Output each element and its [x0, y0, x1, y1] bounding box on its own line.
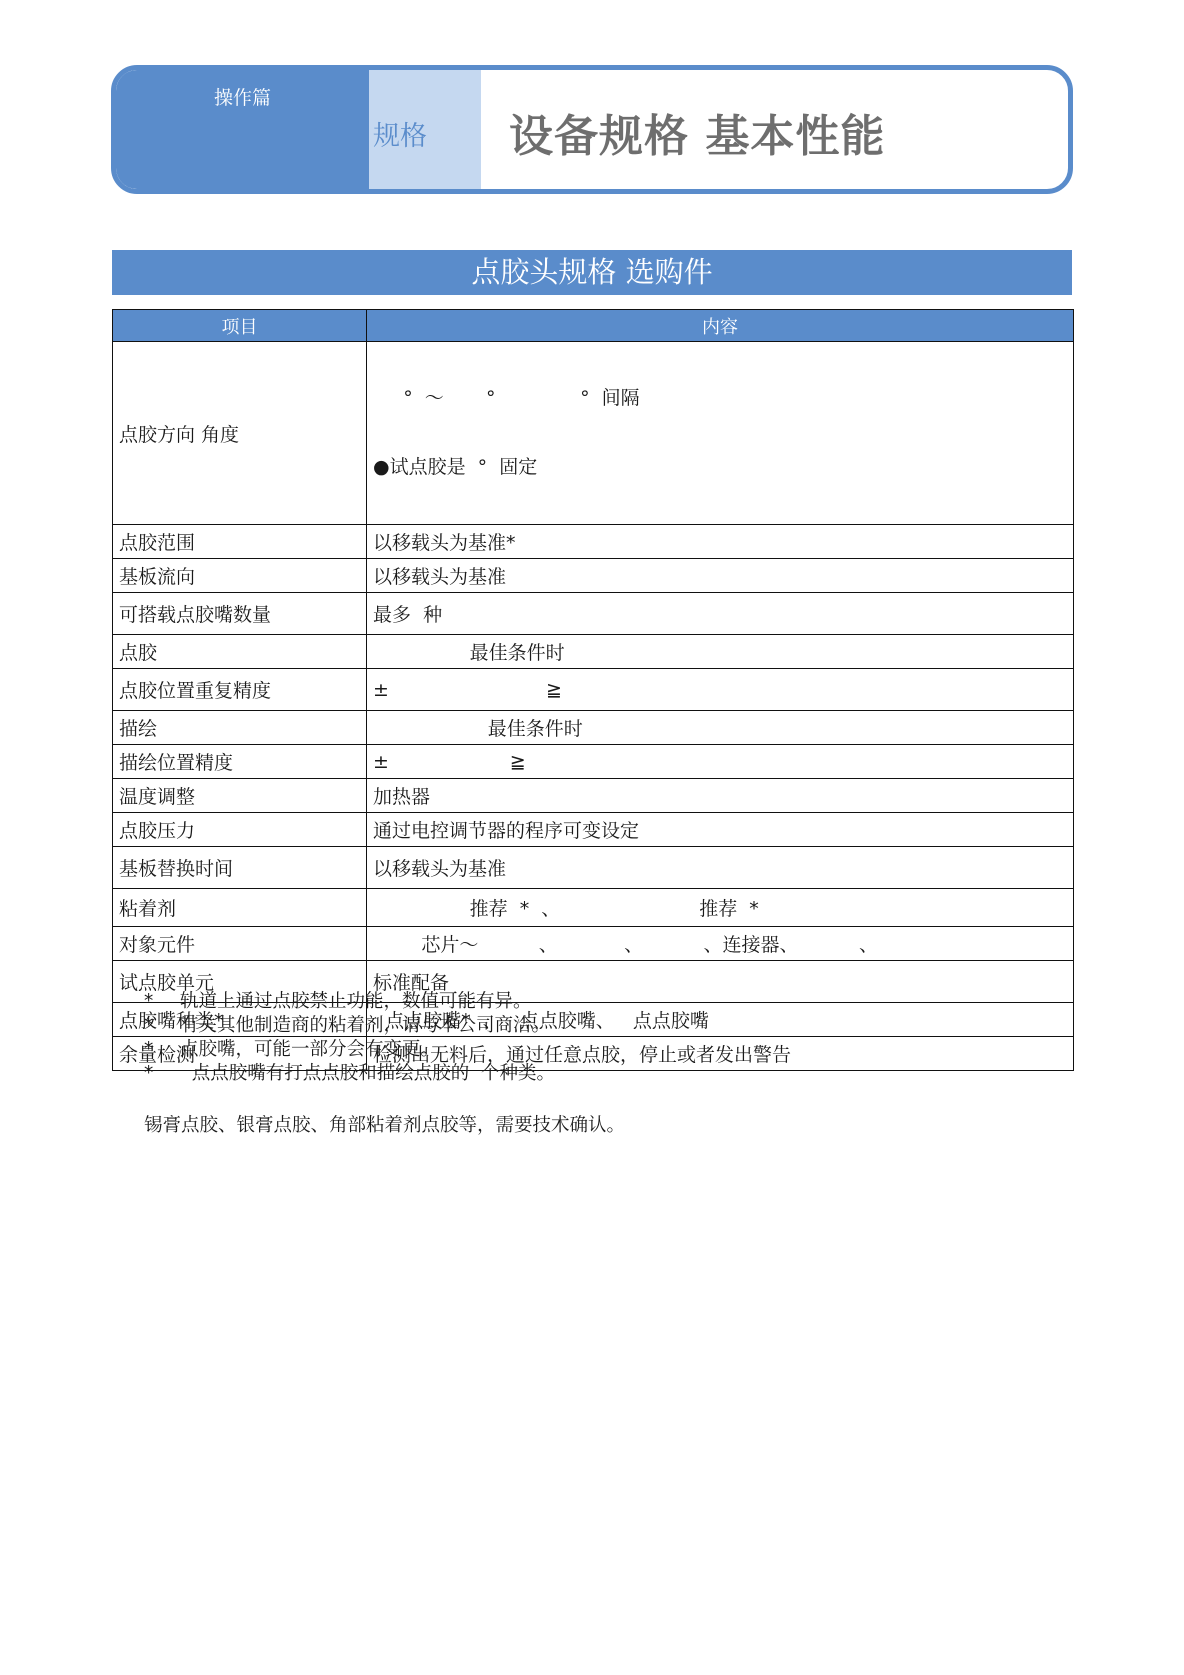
section-label: 操作篇 — [111, 83, 374, 110]
table-row: 描绘位置精度 ± ≧ — [113, 745, 1074, 779]
row-item: 对象元件 — [113, 927, 367, 961]
row-content: ± ≧ — [367, 745, 1074, 779]
row-content: 以移载头为基准 — [367, 559, 1074, 593]
spec-table: 项目 内容 点胶方向 角度 ° ～ ° ° 间隔 ●试点胶是 ° 固定 点胶范围… — [112, 309, 1074, 1071]
row-content: 最多 种 — [367, 593, 1074, 635]
asterisk-mark: * — [140, 1038, 180, 1062]
table-row: 点胶方向 角度 ° ～ ° ° 间隔 ●试点胶是 ° 固定 — [113, 342, 1074, 525]
row-content: 以移载头为基准* — [367, 525, 1074, 559]
table-row: 点胶 最佳条件时 — [113, 635, 1074, 669]
remark-text: 锡膏点胶、银膏点胶、角部粘着剂点胶等，需要技术确认。 — [144, 1111, 625, 1137]
footnote-text: 轨道上通过点胶禁止功能，数值可能有异。 — [180, 991, 532, 1012]
table-header-row: 项目 内容 — [113, 310, 1074, 342]
chapter-tag: 规格 — [369, 70, 481, 189]
section-block: 操作篇 — [111, 65, 374, 194]
row-content: 最佳条件时 — [367, 635, 1074, 669]
footnote: * 点点胶嘴有打点点胶和描绘点胶的 个种类。 — [140, 1062, 555, 1086]
table-row: 点胶位置重复精度 ± ≧ — [113, 669, 1074, 711]
row-content: 推荐 * 、 推荐 * — [367, 889, 1074, 927]
page-header: 操作篇 规格 设备规格 基本性能 — [111, 65, 1073, 194]
column-header-content: 内容 — [367, 310, 1074, 342]
row-content: 最佳条件时 — [367, 711, 1074, 745]
table-row: 粘着剂 推荐 * 、 推荐 * — [113, 889, 1074, 927]
row-item: 基板替换时间 — [113, 847, 367, 889]
asterisk-mark: * — [140, 990, 180, 1014]
table-row: 点胶压力 通过电控调节器的程序可变设定 — [113, 813, 1074, 847]
table-row: 可搭载点胶嘴数量 最多 种 — [113, 593, 1074, 635]
row-content-line: ●试点胶是 ° 固定 — [373, 455, 1067, 480]
footnote: *轨道上通过点胶禁止功能，数值可能有异。 — [140, 990, 555, 1014]
footnote: *点胶嘴，可能一部分会有变更。 — [140, 1038, 555, 1062]
footnote: *有关其他制造商的粘着剂，请与本公司商洽。 — [140, 1014, 555, 1038]
table-row: 基板替换时间 以移载头为基准 — [113, 847, 1074, 889]
row-content-line: ° ～ ° ° 间隔 — [373, 386, 1067, 411]
row-item: 描绘位置精度 — [113, 745, 367, 779]
table-row: 点胶范围 以移载头为基准* — [113, 525, 1074, 559]
table-row: 对象元件 芯片～ 、 、 、连接器、 、 — [113, 927, 1074, 961]
row-item: 温度调整 — [113, 779, 367, 813]
row-item: 可搭载点胶嘴数量 — [113, 593, 367, 635]
row-item: 点胶 — [113, 635, 367, 669]
row-content: 通过电控调节器的程序可变设定 — [367, 813, 1074, 847]
footnote-text: 有关其他制造商的粘着剂，请与本公司商洽。 — [180, 1015, 550, 1036]
row-item: 基板流向 — [113, 559, 367, 593]
page-title: 设备规格 基本性能 — [509, 100, 885, 164]
row-content: 芯片～ 、 、 、连接器、 、 — [367, 927, 1074, 961]
asterisk-mark: * — [140, 1014, 180, 1038]
footnote-text: 点点胶嘴有打点点胶和描绘点胶的 个种类。 — [180, 1063, 555, 1084]
footnotes: *轨道上通过点胶禁止功能，数值可能有异。 *有关其他制造商的粘着剂，请与本公司商… — [140, 990, 555, 1086]
chapter-tag-label: 规格 — [373, 114, 427, 153]
asterisk-mark: * — [140, 1062, 180, 1086]
row-content: 加热器 — [367, 779, 1074, 813]
row-item: 粘着剂 — [113, 889, 367, 927]
footnote-text: 点胶嘴，可能一部分会有变更。 — [180, 1039, 439, 1060]
table-row: 描绘 最佳条件时 — [113, 711, 1074, 745]
section-heading: 点胶头规格 选购件 — [112, 250, 1072, 295]
row-item: 描绘 — [113, 711, 367, 745]
row-content: ± ≧ — [367, 669, 1074, 711]
row-item: 点胶位置重复精度 — [113, 669, 367, 711]
table-row: 基板流向 以移载头为基准 — [113, 559, 1074, 593]
table-row: 温度调整 加热器 — [113, 779, 1074, 813]
row-item: 点胶方向 角度 — [113, 342, 367, 525]
row-item: 点胶范围 — [113, 525, 367, 559]
column-header-item: 项目 — [113, 310, 367, 342]
row-content: 以移载头为基准 — [367, 847, 1074, 889]
row-item: 点胶压力 — [113, 813, 367, 847]
row-content: ° ～ ° ° 间隔 ●试点胶是 ° 固定 — [367, 342, 1074, 525]
